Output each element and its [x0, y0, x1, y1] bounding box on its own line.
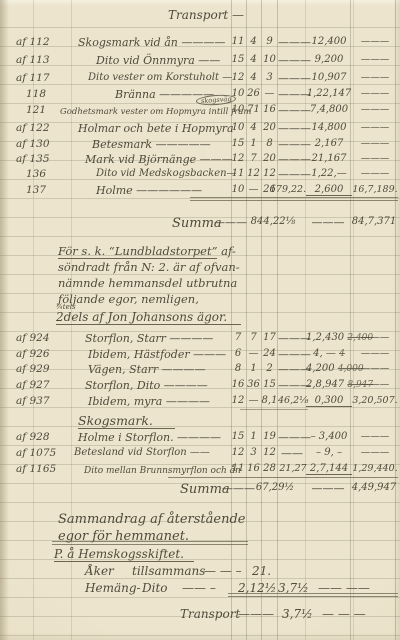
row-ref: af 122: [16, 122, 70, 134]
table-row: af 117 Dito vester om Korstuholt — 12 4 …: [0, 72, 400, 89]
row-desc: Holmar och bete i Hopmyra: [78, 122, 234, 135]
row-ref: af 928: [16, 431, 70, 443]
row-dash-last: ———: [352, 431, 398, 442]
row-value: 1,2,430 2,400: [306, 332, 352, 343]
row-total: 1,29,440.: [352, 463, 398, 474]
transport-bottom-row: Transport ——— 3,7½ — — —: [0, 607, 400, 624]
row-col3: 20: [261, 153, 278, 164]
row-value: 12,400: [306, 36, 352, 47]
transport-label: Transport —: [168, 8, 244, 22]
row-col1: 8: [230, 363, 246, 374]
row-value: 1,22,147: [306, 88, 352, 99]
row-subtotal: 46,2⅛: [278, 395, 308, 406]
row-desc: Dito vid Medskogsbacken—: [96, 168, 237, 179]
table-row: 121 Godhetsmark vester om Hopmyra intill…: [0, 104, 400, 121]
row-dash: ———: [278, 122, 306, 135]
row-col3: —: [261, 88, 278, 99]
row-desc: Holme i Storflon. ————: [78, 431, 221, 444]
row-value: 2,8,947 8,947: [306, 379, 352, 390]
row-dash-last: ———: [352, 379, 398, 390]
row-col2: 16: [246, 463, 261, 474]
summary-value: 21.: [252, 564, 271, 578]
summary-subtitle-text: P. å Hemskogsskiftet.: [54, 547, 194, 562]
row-ref: af 117: [16, 72, 70, 84]
summary-subtitle: P. å Hemskogsskiftet.: [54, 547, 194, 561]
summa-row: Summa ——— 67,29½ ——— 4,49,947: [0, 482, 400, 499]
paragraph-line: följande egor, nemligen,: [58, 292, 199, 306]
paragraph-underlined: För s. k. “Lundbladstorpet”: [58, 244, 217, 259]
sub-rule: [240, 409, 308, 410]
row-col2: 1: [246, 138, 261, 149]
row-dash: ———: [278, 153, 306, 166]
row-col3: 12: [261, 168, 278, 179]
section-heading: 2dels af Jon Johansons ägor.: [56, 310, 241, 324]
row-desc: Betesland vid Storflon ——: [74, 447, 210, 458]
row-dash-last: ———: [352, 54, 398, 65]
row-dash-last: ———: [352, 72, 398, 83]
row-ref: af 927: [16, 379, 70, 391]
row-desc: Holme ——————: [96, 184, 202, 197]
table-row: 137 Holme —————— 10 — 26 179,22. 2,600 1…: [0, 184, 400, 201]
row-col2: —: [246, 184, 261, 195]
row-dash: ———: [278, 88, 306, 101]
row-col1: 10: [230, 122, 246, 133]
table-row: af 927 Storflon, Dito ———— 16 36 15 ——— …: [0, 379, 400, 396]
row-col2: 4: [246, 122, 261, 133]
row-col3: 15: [261, 379, 278, 390]
row-col3: 12: [261, 447, 278, 458]
summa-amount: 67,29½: [246, 482, 304, 493]
row-dash: ———: [278, 431, 306, 444]
row-col2: 71: [246, 104, 261, 115]
row-desc: Ibidem, Hästfoder ———: [88, 348, 226, 361]
row-col2: 3: [246, 447, 261, 458]
summa-dash: ———: [308, 216, 348, 229]
row-col2: 1: [246, 431, 261, 442]
row-col3: 24: [261, 348, 278, 359]
row-dash: ———: [278, 104, 306, 117]
row-col1: 11: [230, 168, 246, 179]
paragraph-text: af-: [217, 244, 235, 258]
summary-item-name: Åker: [85, 564, 114, 578]
summa-total: 84,7,371: [350, 216, 398, 227]
row-col2: 4: [246, 36, 261, 47]
row-desc: Ibidem, myra ————: [88, 395, 210, 408]
summary-row: Åker tillsammans — — – 21.: [0, 564, 400, 581]
row-col1: 12: [230, 395, 246, 406]
row-col2: —: [246, 348, 261, 359]
row-value-struck: 4: [339, 349, 345, 359]
table-row: af 929 Vägen, Starr ———— 8 1 2 ——— 4,200…: [0, 363, 400, 380]
row-col1: 15: [230, 138, 246, 149]
row-dash-last: ———: [352, 88, 398, 99]
row-desc: Dito vid Önnmyra ——: [96, 54, 220, 67]
transport-label: Transport: [180, 607, 240, 621]
row-desc: Mark vid Björnänge ———: [85, 153, 233, 166]
row-ref: af 135: [16, 153, 70, 165]
row-desc: Storflon, Starr ————: [85, 332, 213, 345]
row-col2: 7: [246, 153, 261, 164]
sum-rule: [190, 200, 398, 201]
sum-rule: [190, 197, 398, 198]
row-dash-last: ———: [352, 363, 398, 374]
row-col2: 1: [246, 363, 261, 374]
row-ref: af 112: [16, 36, 70, 48]
row-ref: af 113: [16, 54, 70, 66]
row-value: 4,200 4,000: [306, 363, 352, 374]
row-value: 10,907: [306, 72, 352, 83]
row-total: 3,20,507.: [352, 395, 398, 406]
row-col3: 8,1: [261, 395, 278, 406]
row-col3: 2: [261, 363, 278, 374]
row-ref: af 926: [16, 348, 70, 360]
row-desc: Storflon, Dito ————: [85, 379, 208, 392]
row-col3: 17: [261, 332, 278, 343]
row-col1: 15: [230, 54, 246, 65]
paragraph-line: söndradt från N: 2. är af ofvan-: [58, 260, 240, 274]
row-dash-last: ———: [352, 348, 398, 359]
row-col1: 12: [230, 153, 246, 164]
row-col2: 4: [246, 72, 261, 83]
paragraph-line: För s. k. “Lundbladstorpet” af-: [58, 244, 236, 258]
row-dash: ———: [278, 379, 306, 392]
row-desc: Dito vester om Korstuholt —: [88, 72, 232, 83]
row-dash-last: ———: [352, 447, 398, 458]
row-dash-last: ———: [352, 153, 398, 164]
row-col2: 7: [246, 332, 261, 343]
summa-total: 4,49,947: [350, 482, 398, 493]
row-col1: 12: [230, 72, 246, 83]
row-col3: 10: [261, 54, 278, 65]
row-ref: 136: [26, 168, 80, 180]
transport-header-row: Transport —: [0, 8, 400, 25]
row-ref: af 1165: [16, 463, 70, 475]
row-dash-last: ———: [352, 168, 398, 179]
row-value: 14,800: [306, 122, 352, 133]
paragraph-line: nämnde hemmansdel utbrutna: [58, 276, 237, 290]
row-value: 2,167: [306, 138, 352, 149]
row-col3: 8: [261, 138, 278, 149]
row-col1: 11: [230, 463, 246, 474]
sum-rule: [228, 593, 398, 594]
row-ref: 137: [26, 184, 80, 196]
summary-value: 3,7½: [282, 607, 313, 621]
section-heading-text: 2dels af Jon Johansons ägor.: [56, 310, 241, 325]
row-col1: 6: [230, 348, 246, 359]
row-subtotal: 179,22.: [268, 184, 308, 195]
row-value: – 9, –: [306, 447, 352, 458]
row-dash-last: ———: [352, 138, 398, 149]
row-dash: ———: [278, 54, 306, 67]
row-col3: 9: [261, 36, 278, 47]
row-col3: 3: [261, 72, 278, 83]
row-value-text: 1,2,430: [306, 332, 347, 343]
row-dash-last: ———: [352, 332, 398, 343]
table-row: af 928 Holme i Storflon. ———— 15 1 19 ——…: [0, 431, 400, 448]
row-ref: af 924: [16, 332, 70, 344]
row-col2: —: [246, 395, 261, 406]
row-col1: 16: [230, 379, 246, 390]
summa-dash: ———: [308, 482, 348, 495]
row-col3: 20: [261, 122, 278, 133]
row-desc: Betesmark —————: [92, 138, 211, 151]
row-desc: Vägen, Starr ————: [88, 363, 206, 376]
row-col1: 7: [230, 332, 246, 343]
summa-row: Summa ——— 844,22⅛ ——— 84,7,371: [0, 216, 400, 233]
row-ref: af 929: [16, 363, 70, 375]
row-dash: ———: [278, 348, 306, 361]
summary-dash: — — –: [204, 564, 242, 578]
row-col2: 26: [246, 88, 261, 99]
table-row: af 112 Skogsmark vid ån ———— 11 4 9 ——— …: [0, 36, 400, 53]
row-dash: ———: [278, 332, 306, 345]
summary-dash: — — —: [322, 607, 366, 621]
row-col1: 10: [230, 184, 246, 195]
summary-dash: ———: [238, 607, 274, 621]
row-total: 16,7,189.: [352, 184, 398, 195]
row-value: – 3,400: [306, 431, 352, 442]
row-value-text: 2,8,947: [306, 379, 347, 390]
row-dash: ———: [278, 36, 306, 49]
row-value: 1,22,—: [306, 168, 352, 179]
row-dash: ———: [278, 168, 306, 181]
row-value: 7,4,800: [306, 104, 352, 115]
row-desc: Dito mellan Brunnsmyrflon och ån: [84, 466, 241, 476]
row-col1: 10: [230, 104, 246, 115]
row-value-text: 4,200: [306, 363, 338, 374]
table-row: af 937 Ibidem, myra ———— 12 — 8,1 46,2⅛ …: [0, 395, 400, 412]
ledger-page: Transport — af 112 Skogsmark vid ån ————…: [0, 0, 400, 640]
row-ref: 118: [26, 88, 80, 100]
table-row: af 924 Storflon, Starr ———— 7 7 17 ——— 1…: [0, 332, 400, 349]
table-row: 136 Dito vid Medskogsbacken— 11 12 12 ——…: [0, 168, 400, 185]
row-dash: ———: [278, 138, 306, 151]
row-value: 21,167: [306, 153, 352, 164]
summary-item-name: Hemäng-: [85, 581, 141, 595]
row-ref: af 1075: [16, 447, 70, 459]
row-dash-last: ———: [352, 104, 398, 115]
summary-item-qualifier: tillsammans: [132, 564, 205, 578]
row-col2: 4: [246, 54, 261, 65]
row-value: 0,300: [306, 395, 352, 407]
row-desc: Skogsmark vid ån ————: [78, 36, 225, 49]
row-col3: 19: [261, 431, 278, 442]
row-dash: ———: [278, 363, 306, 376]
row-col2: 36: [246, 379, 261, 390]
row-col1: 15: [230, 431, 246, 442]
summa-amount: 844,22⅛: [238, 216, 308, 227]
row-value: 4, — 4: [306, 348, 352, 359]
title-rule: [52, 541, 248, 542]
summary-dash: —— –: [182, 581, 216, 595]
row-dash: ——: [278, 447, 306, 460]
row-col1: 11: [230, 36, 246, 47]
summary-title-line1: Sammandrag af återstående: [58, 512, 245, 527]
row-value: 2,600: [306, 184, 352, 196]
row-col2: 12: [246, 168, 261, 179]
table-row: af 1075 Betesland vid Storflon —— 12 3 1…: [0, 447, 400, 464]
row-subtotal: 21,27: [278, 463, 308, 474]
row-value: 2,7,144: [306, 463, 352, 475]
table-row: af 122 Holmar och bete i Hopmyra 10 4 20…: [0, 122, 400, 139]
row-ref: af 937: [16, 395, 70, 407]
row-dash-last: ———: [352, 36, 398, 47]
subsection-heading-text: Skogsmark.: [78, 413, 175, 429]
row-col3: 28: [261, 463, 278, 474]
summary-item-qualifier: Dito: [142, 581, 168, 595]
title-rule: [52, 544, 248, 545]
row-value-text: 4, —: [313, 348, 339, 359]
sum-rule: [168, 477, 398, 478]
row-desc: Godhetsmark vester om Hopmyra intill fra…: [60, 107, 251, 117]
row-ref: af 130: [16, 138, 70, 150]
row-dash-last: ———: [352, 122, 398, 133]
table-row: af 113 Dito vid Önnmyra —— 15 4 10 ——— 9…: [0, 54, 400, 71]
sum-rule: [228, 596, 398, 597]
row-value: 9,200: [306, 54, 352, 65]
row-col3: 16: [261, 104, 278, 115]
subsection-heading: Skogsmark.: [78, 413, 175, 428]
row-dash: ———: [278, 72, 306, 85]
row-col1: 12: [230, 447, 246, 458]
